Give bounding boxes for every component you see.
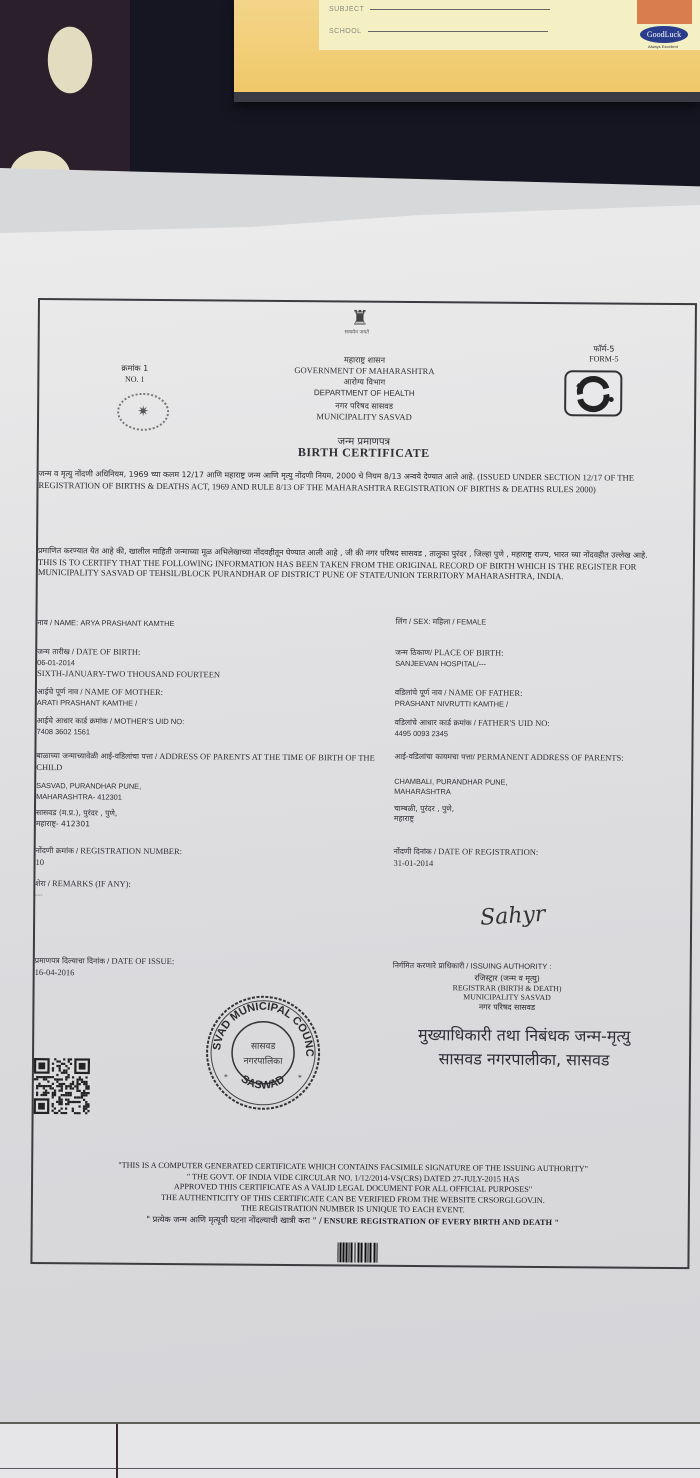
stamp-line2: सासवड नगरपालीका, सासवड bbox=[379, 1047, 669, 1073]
certificate-frame: ♜ सत्यमेव जयते क्रमांक 1 NO. 1 ✷ फॉर्म-5… bbox=[30, 298, 697, 1269]
municipal-council-seal: SASVAD MUNICIPAL COUNCIL SASWAD सासवड नग… bbox=[202, 991, 325, 1114]
ashoka-lions-icon: ♜ bbox=[346, 307, 374, 329]
father-label: NAME OF FATHER: bbox=[448, 687, 522, 698]
field-registration-date: नोंदणी दिनांक / DATE OF REGISTRATION: 31… bbox=[394, 846, 694, 870]
issued-under-paragraph: जन्म व मृत्यु नोंदणी अधिनियम, 1969 च्या … bbox=[38, 468, 687, 495]
certificate-footer: "THIS IS A COMPUTER GENERATED CERTIFICAT… bbox=[53, 1160, 653, 1229]
certify-en: THIS IS TO CERTIFY THAT THE FOLLOWING IN… bbox=[38, 557, 637, 582]
dob-label: DATE OF BIRTH: bbox=[76, 646, 140, 657]
certificate-header: महाराष्ट्र शासन GOVERNMENT OF MAHARASHTR… bbox=[239, 354, 490, 460]
dob-words: SIXTH-JANUARY-TWO THOUSAND FOURTEEN bbox=[37, 668, 382, 681]
registrar-municipality-dev: नगर परिषद सासवड bbox=[399, 1002, 614, 1013]
remarks-value: --- bbox=[35, 889, 380, 902]
slogan-dev: " प्रत्येक जन्म आणि मृत्यूची घटना नोंदल्… bbox=[146, 1213, 322, 1224]
field-name: नाव / NAME: ARYA PRASHANT KAMTHE bbox=[37, 618, 382, 631]
notebook-school-field: SCHOOL bbox=[329, 28, 548, 35]
issuing-authority-label: ISSUING AUTHORITY : bbox=[470, 961, 551, 971]
notebook-brand-tagline: Always Excellent bbox=[648, 44, 678, 49]
permanent-address-dev-line2: महाराष्ट्र bbox=[394, 814, 694, 827]
sex-label: SEX bbox=[413, 617, 428, 626]
issue-date-label: DATE OF ISSUE: bbox=[111, 956, 174, 966]
mother-uid-label-dev: आईचे आधार कार्ड क्रमांक bbox=[37, 716, 108, 726]
field-place-of-birth: जन्म ठिकाण/ PLACE OF BIRTH: SANJEEVAN HO… bbox=[395, 647, 695, 671]
reg-number-value: 10 bbox=[36, 856, 381, 869]
remarks-label-dev: शेरा bbox=[35, 879, 45, 888]
form-number: फॉर्म-5 FORM-5 bbox=[589, 344, 618, 364]
background-notebook: SUBJECT SCHOOL GoodLuck Always Excellent bbox=[234, 0, 700, 102]
issue-date-value: 16-04-2016 bbox=[35, 966, 380, 979]
father-uid-label: FATHER'S UID NO: bbox=[478, 717, 550, 728]
notebook-brand-logo: GoodLuck bbox=[640, 26, 688, 43]
dept-name: DEPARTMENT OF HEALTH bbox=[239, 387, 489, 400]
address-birth-label-dev: बाळाच्या जन्माच्यावेळी आई-वडिलांचा पत्ता bbox=[36, 751, 153, 761]
reg-number-label-dev: नोंदणी क्रमांक bbox=[36, 846, 74, 855]
field-father-uid: वडिलांचे आधार कार्ड क्रमांक / FATHER'S U… bbox=[395, 717, 695, 741]
registrar-signature: Sahyr bbox=[479, 902, 546, 931]
reg-date-label-dev: नोंदणी दिनांक bbox=[394, 847, 432, 856]
mother-label: NAME OF MOTHER: bbox=[85, 686, 163, 697]
serial-label-dev: क्रमांक 1 bbox=[121, 363, 148, 374]
chief-officer-stamp: मुख्याधिकारी तथा निबंधक जन्म-मृत्यु सासव… bbox=[379, 1023, 669, 1073]
field-issuing-authority: निर्गमित करणारे प्राधिकारी / ISSUING AUT… bbox=[393, 961, 693, 974]
form-label: FORM-5 bbox=[589, 354, 618, 364]
field-father-name: वडिलांचे पूर्ण नाव / NAME OF FATHER: PRA… bbox=[395, 687, 695, 711]
field-permanent-address: आई-वडिलांचा कायमचा पत्ता/ PERMANENT ADDR… bbox=[394, 751, 695, 827]
page-title: BIRTH CERTIFICATE bbox=[239, 447, 489, 460]
qr-code[interactable] bbox=[34, 1058, 90, 1114]
mother-uid-label: MOTHER'S UID NO: bbox=[114, 717, 184, 727]
field-sex: लिंग / SEX: महिला / FEMALE bbox=[395, 617, 695, 630]
birth-certificate: ♜ सत्यमेव जयते क्रमांक 1 NO. 1 ✷ फॉर्म-5… bbox=[32, 300, 695, 1267]
serial-number: क्रमांक 1 NO. 1 bbox=[121, 363, 148, 385]
slogan: ENSURE REGISTRATION OF EVERY BIRTH AND D… bbox=[324, 1216, 559, 1227]
svg-text:*: * bbox=[298, 1073, 302, 1082]
barcode bbox=[337, 1242, 379, 1262]
pob-label-dev: जन्म ठिकाण bbox=[395, 648, 430, 657]
maharashtra-seal-icon: ✷ bbox=[117, 393, 169, 431]
field-mother-uid: आईचे आधार कार्ड क्रमांक / MOTHER'S UID N… bbox=[37, 716, 382, 740]
reg-date-label: DATE OF REGISTRATION: bbox=[438, 846, 538, 857]
issuing-authority-label-dev: निर्गमित करणारे प्राधिकारी bbox=[393, 961, 464, 971]
sex-value: FEMALE bbox=[457, 617, 487, 626]
notebook-subject-field: SUBJECT bbox=[329, 6, 550, 13]
permanent-address-label: PERMANENT ADDRESS OF PARENTS: bbox=[477, 751, 624, 762]
emblem-motto: सत्यमेव जयते bbox=[340, 329, 374, 335]
field-mother-name: आईचे पूर्ण नाव / NAME OF MOTHER: ARATI P… bbox=[37, 686, 382, 711]
national-emblem: ♜ सत्यमेव जयते bbox=[346, 307, 374, 341]
field-address-at-birth: बाळाच्या जन्माच्यावेळी आई-वडिलांचा पत्ता… bbox=[36, 750, 382, 832]
father-uid-label-dev: वडिलांचे आधार कार्ड क्रमांक bbox=[395, 718, 472, 728]
certify-paragraph: प्रमाणित करण्यात येत आहे की, खालील माहित… bbox=[38, 545, 687, 583]
crs-logo-icon bbox=[564, 370, 622, 416]
remarks-label: REMARKS (IF ANY): bbox=[52, 878, 131, 889]
mother-label-dev: आईचे पूर्ण नाव bbox=[37, 687, 78, 696]
sex-label-dev: लिंग bbox=[395, 617, 406, 626]
pob-label: PLACE OF BIRTH: bbox=[434, 647, 503, 658]
address-birth-dev-line2: महाराष्ट्र- 412301 bbox=[36, 818, 381, 831]
registrar-block: रजिस्ट्रार (जन्म व मृत्यु) REGISTRAR (BI… bbox=[399, 973, 614, 1013]
svg-text:नगरपालिका: नगरपालिका bbox=[244, 1055, 284, 1067]
field-remarks: शेरा / REMARKS (IF ANY): --- bbox=[35, 878, 380, 903]
svg-text:*: * bbox=[224, 1072, 228, 1081]
notebook-brand-graphic bbox=[637, 0, 692, 24]
mother-uid-value: 7408 3602 1561 bbox=[37, 727, 382, 740]
svg-text:सासवड: सासवड bbox=[251, 1042, 276, 1052]
name-label: NAME bbox=[54, 618, 76, 627]
form-label-dev: फॉर्म-5 bbox=[589, 344, 618, 354]
serial-label: NO. 1 bbox=[121, 374, 148, 385]
name-value: ARYA PRASHANT KAMTHE bbox=[80, 618, 174, 628]
field-date-of-issue: प्रमाणपत्र दिल्याचा दिनांक / DATE OF ISS… bbox=[35, 955, 380, 980]
margin-line bbox=[116, 1424, 118, 1478]
lower-ruled-sheet bbox=[0, 1422, 700, 1478]
permanent-address-label-dev: आई-वडिलांचा कायमचा पत्ता bbox=[394, 752, 472, 762]
father-uid-value: 4495 0093 2345 bbox=[395, 728, 695, 741]
mother-value: ARATI PRASHANT KAMTHE / bbox=[37, 698, 382, 711]
field-date-of-birth: जन्म तारीख / DATE OF BIRTH: 06-01-2014 S… bbox=[37, 646, 382, 681]
father-value: PRASHANT NIVRUTTI KAMTHE / bbox=[395, 698, 695, 711]
stamp-line1: मुख्याधिकारी तथा निबंधक जन्म-मृत्यु bbox=[379, 1023, 669, 1049]
ruled-line bbox=[0, 1468, 700, 1469]
field-registration-number: नोंदणी क्रमांक / REGISTRATION NUMBER: 10 bbox=[36, 845, 381, 870]
dob-label-dev: जन्म तारीख bbox=[37, 647, 70, 656]
municipality-name: MUNICIPALITY SASVAD bbox=[239, 411, 489, 424]
issue-date-label-dev: प्रमाणपत्र दिल्याचा दिनांक bbox=[35, 956, 105, 966]
name-label-dev: नाव bbox=[37, 618, 47, 627]
sex-value-dev: महिला bbox=[433, 617, 451, 626]
reg-date-value: 31-01-2014 bbox=[394, 857, 694, 870]
reg-number-label: REGISTRATION NUMBER: bbox=[80, 845, 182, 856]
pob-value: SANJEEVAN HOSPITAL/--- bbox=[395, 658, 695, 671]
father-label-dev: वडिलांचे पूर्ण नाव bbox=[395, 688, 442, 697]
svg-text:SASWAD: SASWAD bbox=[239, 1073, 287, 1092]
